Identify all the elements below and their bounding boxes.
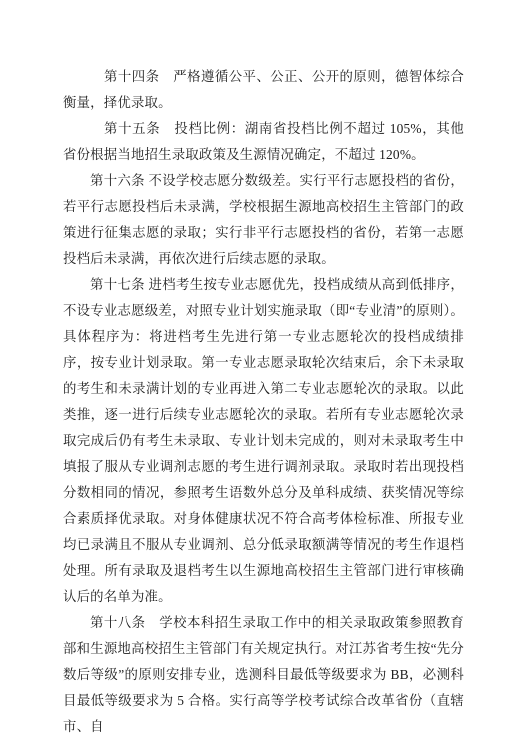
paragraph-article-14: 第十四条 严格遵循公平、公正、公开的原则，德智体综合衡量，择优录取。 xyxy=(63,64,464,116)
paragraph-article-18: 第十八条 学校本科招生录取工作中的相关录取政策参照教育部和生源地高校招生主管部门… xyxy=(63,610,464,740)
paragraph-article-16: 第十六条 不设学校志愿分数级差。实行平行志愿投档的省份，若平行志愿投档后未录满，… xyxy=(63,168,464,272)
document-page: 第十四条 严格遵循公平、公正、公开的原则，德智体综合衡量，择优录取。 第十五条 … xyxy=(0,0,526,745)
paragraph-article-15: 第十五条 投档比例：湖南省投档比例不超过 105%，其他省份根据当地招生录取政策… xyxy=(63,116,464,168)
paragraph-article-17: 第十七条 进档考生按专业志愿优先，投档成绩从高到低排序，不设专业志愿级差，对照专… xyxy=(63,272,464,610)
document-text-block: 第十四条 严格遵循公平、公正、公开的原则，德智体综合衡量，择优录取。 第十五条 … xyxy=(63,64,464,740)
